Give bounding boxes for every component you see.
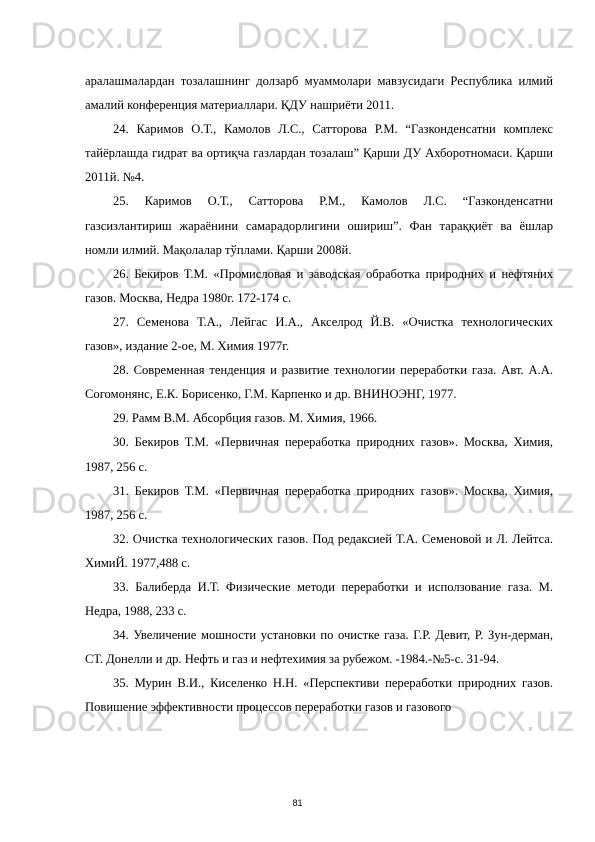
reference-number: 28. <box>113 363 129 377</box>
reference-number: 26. <box>113 267 129 281</box>
reference-text: Семенова Т.А., Лейгас И.А., Акселрод Й.В… <box>85 315 553 353</box>
watermark-text: Docx.uz <box>30 14 164 58</box>
reference-item: 29. Рамм В.М. Абсорбция газов. М. Химия,… <box>85 406 553 430</box>
reference-number: 35. <box>113 676 129 690</box>
reference-text: Балиберда И.Т. Физические методи перераб… <box>85 580 553 618</box>
reference-text: Каримов О.Т., Сатторова Р.М., Камолов Л.… <box>85 194 553 256</box>
reference-number: 34. <box>113 628 129 642</box>
reference-number: 31. <box>113 484 129 498</box>
reference-item: 35. Мурин В.И., Киселенко Н.Н. «Перспект… <box>85 671 553 719</box>
reference-text: Каримов О.Т., Камолов Л.С., Сатторова Р.… <box>85 122 553 184</box>
reference-item: 33. Балиберда И.Т. Физические методи пер… <box>85 575 553 623</box>
reference-number: 33. <box>113 580 129 594</box>
reference-number: 32. <box>113 532 129 546</box>
watermark-text: Docx.uz <box>441 14 575 58</box>
reference-item: 31. Бекиров Т.М. «Первичная переработка … <box>85 479 553 527</box>
reference-item: 24. Каримов О.Т., Камолов Л.С., Сатторов… <box>85 117 553 189</box>
page-number: 81 <box>0 798 595 808</box>
reference-continuation: аралашмалардан тозалашнинг долзарб муамм… <box>85 69 553 117</box>
reference-items: 24. Каримов О.Т., Камолов Л.С., Сатторов… <box>85 117 553 719</box>
reference-number: 27. <box>113 315 129 329</box>
reference-item: 34. Увеличение мошности установки по очи… <box>85 623 553 671</box>
reference-list: аралашмалардан тозалашнинг долзарб муамм… <box>85 69 553 720</box>
reference-text: Бекиров Т.М. «Промисловая и заводская об… <box>85 267 553 305</box>
reference-item: 32. Очистка технологических газов. Под р… <box>85 527 553 575</box>
reference-number: 30. <box>113 435 129 449</box>
reference-item: 25. Каримов О.Т., Сатторова Р.М., Камоло… <box>85 189 553 261</box>
reference-number: 25. <box>113 194 129 208</box>
watermark-row: Docx.uz Docx.uz Docx.uz <box>0 14 595 58</box>
watermark-text: Docx.uz <box>236 14 370 58</box>
reference-text: Очистка технологических газов. Под редак… <box>85 532 553 570</box>
reference-number: 24. <box>113 122 129 136</box>
reference-text: Бекиров Т.М. «Первичная переработка прир… <box>85 484 553 522</box>
reference-item: 27. Семенова Т.А., Лейгас И.А., Акселрод… <box>85 310 553 358</box>
reference-item: 30. Бекиров Т.М. «Первичная переработка … <box>85 430 553 478</box>
reference-text: Рамм В.М. Абсорбция газов. М. Химия, 196… <box>132 411 377 425</box>
reference-text: Мурин В.И., Киселенко Н.Н. «Перспективи … <box>85 676 553 714</box>
reference-item: 26. Бекиров Т.М. «Промисловая и заводска… <box>85 262 553 310</box>
reference-text: Современная тенденция и развитие техноло… <box>85 363 553 401</box>
reference-item: 28. Современная тенденция и развитие тех… <box>85 358 553 406</box>
reference-number: 29. <box>113 411 129 425</box>
reference-text: Бекиров Т.М. «Первичная переработка прир… <box>85 435 553 473</box>
reference-text: Увеличение мошности установки по очистке… <box>85 628 553 666</box>
